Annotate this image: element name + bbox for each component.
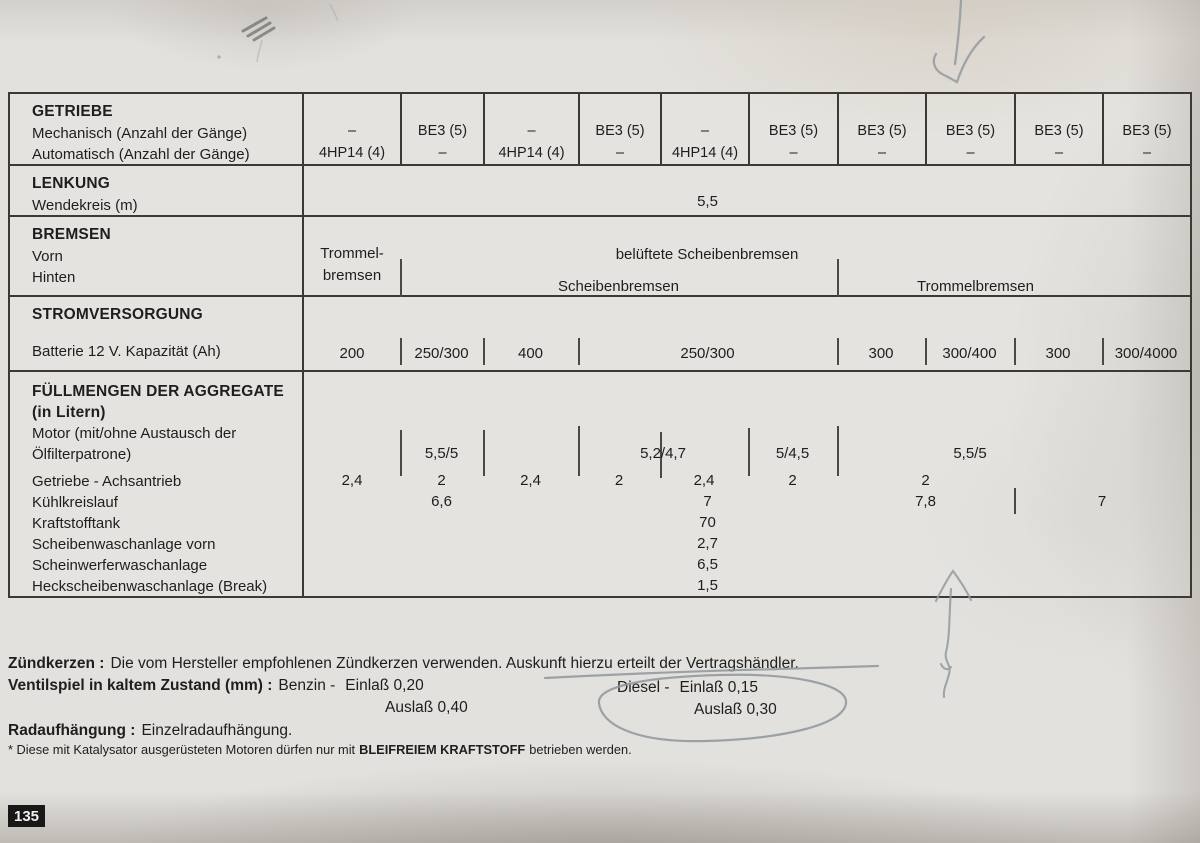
getriebe-achsantrieb-value: 2 xyxy=(400,471,483,491)
scheinwerferwaschanlage-value: 6,5 xyxy=(578,555,837,575)
row-label-getriebe-achsantrieb: Getriebe - Achsantrieb xyxy=(32,471,302,492)
row-label-kraftstofftank: Kraftstofftank xyxy=(32,513,302,534)
getriebe-col: BE3 (5)– xyxy=(400,94,483,164)
getriebe-achsantrieb-value: 2 xyxy=(748,471,837,491)
batterie-value: 300 xyxy=(837,344,925,364)
motor-value: 5,2/4,7 xyxy=(578,444,748,464)
diesel-auslass: Auslaß 0,30 xyxy=(694,701,777,719)
section-heading: GETRIEBE xyxy=(32,101,302,123)
getriebe-achsantrieb-value: 2,4 xyxy=(483,471,578,491)
motor-value: 5,5/5 xyxy=(837,444,1103,464)
batterie-value: 300/400 xyxy=(925,344,1014,364)
benzin-einlass-value: Einlaß 0,20 xyxy=(345,677,423,694)
section-bremsen: BREMSEN Vorn Hinten Trommel- bremsen bel… xyxy=(10,217,1190,297)
pen-check-mark xyxy=(934,1,984,82)
note-label: Ventilspiel in kaltem Zustand (mm) : xyxy=(8,677,272,694)
row-label-automatisch: Automatisch (Anzahl der Gänge) xyxy=(32,144,302,166)
strom-labels: STROMVERSORGUNG Batterie 12 V. Kapazität… xyxy=(10,297,304,370)
fuellmengen-values: 5,5/5 5,2/4,7 5/4,5 5,5/5 2,4 2 2,4 2 2,… xyxy=(304,372,1190,596)
bremsen-trommel-cell: Trommel- bremsen xyxy=(304,243,400,286)
scheibenwaschanlage-value: 2,7 xyxy=(578,534,837,554)
benzin-auslass: Auslaß 0,40 xyxy=(385,699,468,717)
getriebe-col: BE3 (5)– xyxy=(748,94,837,164)
benzin-prefix: Benzin - xyxy=(278,677,335,694)
kraftstofftank-value: 70 xyxy=(578,513,837,533)
pencil-stroke xyxy=(330,4,338,21)
row-label-mechanisch: Mechanisch (Anzahl der Gänge) xyxy=(32,123,302,145)
getriebe-col: BE3 (5)– xyxy=(925,94,1014,164)
strom-values: 200 250/300 400 250/300 300 300/400 300 … xyxy=(304,297,1190,370)
batterie-value: 200 xyxy=(304,344,400,364)
bremsen-values: Trommel- bremsen belüftete Scheibenbrems… xyxy=(304,217,1190,295)
pencil-smudge xyxy=(243,18,274,40)
motor-value: 5,5/5 xyxy=(400,444,483,464)
footnote-bold: BLEIFREIEM KRAFTSTOFF xyxy=(359,742,525,757)
getriebe-col: BE3 (5)– xyxy=(837,94,925,164)
section-heading-line2: (in Litern) xyxy=(32,402,302,423)
section-heading: LENKUNG xyxy=(32,173,302,195)
lenkung-values: 5,5 xyxy=(304,166,1190,215)
benzin-auslass-value: Auslaß 0,40 xyxy=(385,699,468,716)
bremsen-hinten-left-value: Scheibenbremsen xyxy=(400,278,837,295)
getriebe-col: BE3 (5)– xyxy=(1014,94,1102,164)
footnote-text: * Diese mit Katalysator ausgerüsteten Mo… xyxy=(8,742,355,757)
footnote-text: betrieben werden. xyxy=(529,742,631,757)
fuellmengen-labels: FÜLLMENGEN DER AGGREGATE (in Litern) Mot… xyxy=(10,372,304,596)
note-text: Die vom Hersteller empfohlenen Zündkerze… xyxy=(110,655,798,672)
kuehlkreislauf-value: 6,6 xyxy=(400,492,483,512)
section-lenkung: LENKUNG Wendekreis (m) 5,5 xyxy=(10,166,1190,217)
note-radaufhaengung: Radaufhängung :Einzelradaufhängung. xyxy=(8,722,292,740)
section-heading: FÜLLMENGEN DER AGGREGATE xyxy=(32,381,302,402)
motor-value: 5/4,5 xyxy=(748,444,837,464)
row-label-hinten: Hinten xyxy=(32,267,302,289)
row-label-wendekreis: Wendekreis (m) xyxy=(32,195,302,217)
getriebe-col: –4HP14 (4) xyxy=(304,94,400,164)
pencil-stem xyxy=(257,40,262,62)
divider-tick xyxy=(483,430,485,476)
diesel-prefix: Diesel - xyxy=(617,679,670,696)
note-label: Radaufhängung : xyxy=(8,722,135,739)
getriebe-col: –4HP14 (4) xyxy=(660,94,748,164)
row-label-batterie: Batterie 12 V. Kapazität (Ah) xyxy=(32,341,302,363)
kuehlkreislauf-value: 7 xyxy=(578,492,837,512)
row-label-vorn: Vorn xyxy=(32,246,302,268)
getriebe-col: BE3 (5)– xyxy=(578,94,660,164)
diesel-einlass-value: Einlaß 0,15 xyxy=(680,679,758,696)
row-label-scheinwerferwaschanlage: Scheinwerferwaschanlage xyxy=(32,555,302,576)
section-getriebe: GETRIEBE Mechanisch (Anzahl der Gänge) A… xyxy=(10,94,1190,166)
bremsen-hinten-right-value: Trommelbremsen xyxy=(799,278,1152,295)
getriebe-col: –4HP14 (4) xyxy=(483,94,578,164)
section-heading: BREMSEN xyxy=(32,224,302,246)
getriebe-achsantrieb-value: 2 xyxy=(578,471,660,491)
note-ventilspiel: Ventilspiel in kaltem Zustand (mm) :Benz… xyxy=(8,677,424,695)
kuehlkreislauf-value: 7 xyxy=(1014,492,1190,512)
pencil-dot xyxy=(217,55,220,58)
batterie-value: 300/4000 xyxy=(1102,344,1190,364)
scanned-manual-page: GETRIEBE Mechanisch (Anzahl der Gänge) A… xyxy=(0,0,1200,843)
section-heading: STROMVERSORGUNG xyxy=(32,304,302,326)
row-label-kuehlkreislauf: Kühlkreislauf xyxy=(32,492,302,513)
getriebe-achsantrieb-value: 2,4 xyxy=(304,471,400,491)
bremsen-vorn-value: belüftete Scheibenbremsen xyxy=(400,246,1014,263)
batterie-value: 250/300 xyxy=(400,344,483,364)
wendekreis-value: 5,5 xyxy=(578,192,837,212)
footnote-katalysator: * Diese mit Katalysator ausgerüsteten Mo… xyxy=(8,742,632,757)
page-number-badge: 135 xyxy=(8,805,45,827)
getriebe-values: –4HP14 (4) BE3 (5)– –4HP14 (4) BE3 (5)– … xyxy=(304,94,1190,164)
row-label-heckscheibenwaschanlage: Heckscheibenwaschanlage (Break) xyxy=(32,576,302,597)
note-text: Einzelradaufhängung. xyxy=(141,722,292,739)
row-label-motor: Motor (mit/ohne Austausch der xyxy=(32,423,302,444)
row-label-scheibenwaschanlage: Scheibenwaschanlage vorn xyxy=(32,534,302,555)
section-stromversorgung: STROMVERSORGUNG Batterie 12 V. Kapazität… xyxy=(10,297,1190,372)
batterie-value: 400 xyxy=(483,344,578,364)
note-zuendkerzen: Zündkerzen :Die vom Hersteller empfohlen… xyxy=(8,655,799,673)
note-diesel: Diesel -Einlaß 0,15 xyxy=(617,679,758,697)
row-label-motor-line2: Ölfilterpatrone) xyxy=(32,444,302,465)
getriebe-achsantrieb-value: 2,4 xyxy=(660,471,748,491)
batterie-value: 300 xyxy=(1014,344,1102,364)
heckscheibenwaschanlage-value: 1,5 xyxy=(578,576,837,596)
kuehlkreislauf-value: 7,8 xyxy=(837,492,1014,512)
diesel-auslass-value: Auslaß 0,30 xyxy=(694,701,777,718)
getriebe-achsantrieb-value: 2 xyxy=(837,471,1014,491)
bremsen-labels: BREMSEN Vorn Hinten xyxy=(10,217,304,295)
section-fuellmengen: FÜLLMENGEN DER AGGREGATE (in Litern) Mot… xyxy=(10,372,1190,596)
spec-table: GETRIEBE Mechanisch (Anzahl der Gänge) A… xyxy=(8,92,1192,598)
lenkung-labels: LENKUNG Wendekreis (m) xyxy=(10,166,304,215)
batterie-value: 250/300 xyxy=(578,344,837,364)
note-label: Zündkerzen : xyxy=(8,655,104,672)
getriebe-col: BE3 (5)– xyxy=(1102,94,1190,164)
getriebe-labels: GETRIEBE Mechanisch (Anzahl der Gänge) A… xyxy=(10,94,304,164)
